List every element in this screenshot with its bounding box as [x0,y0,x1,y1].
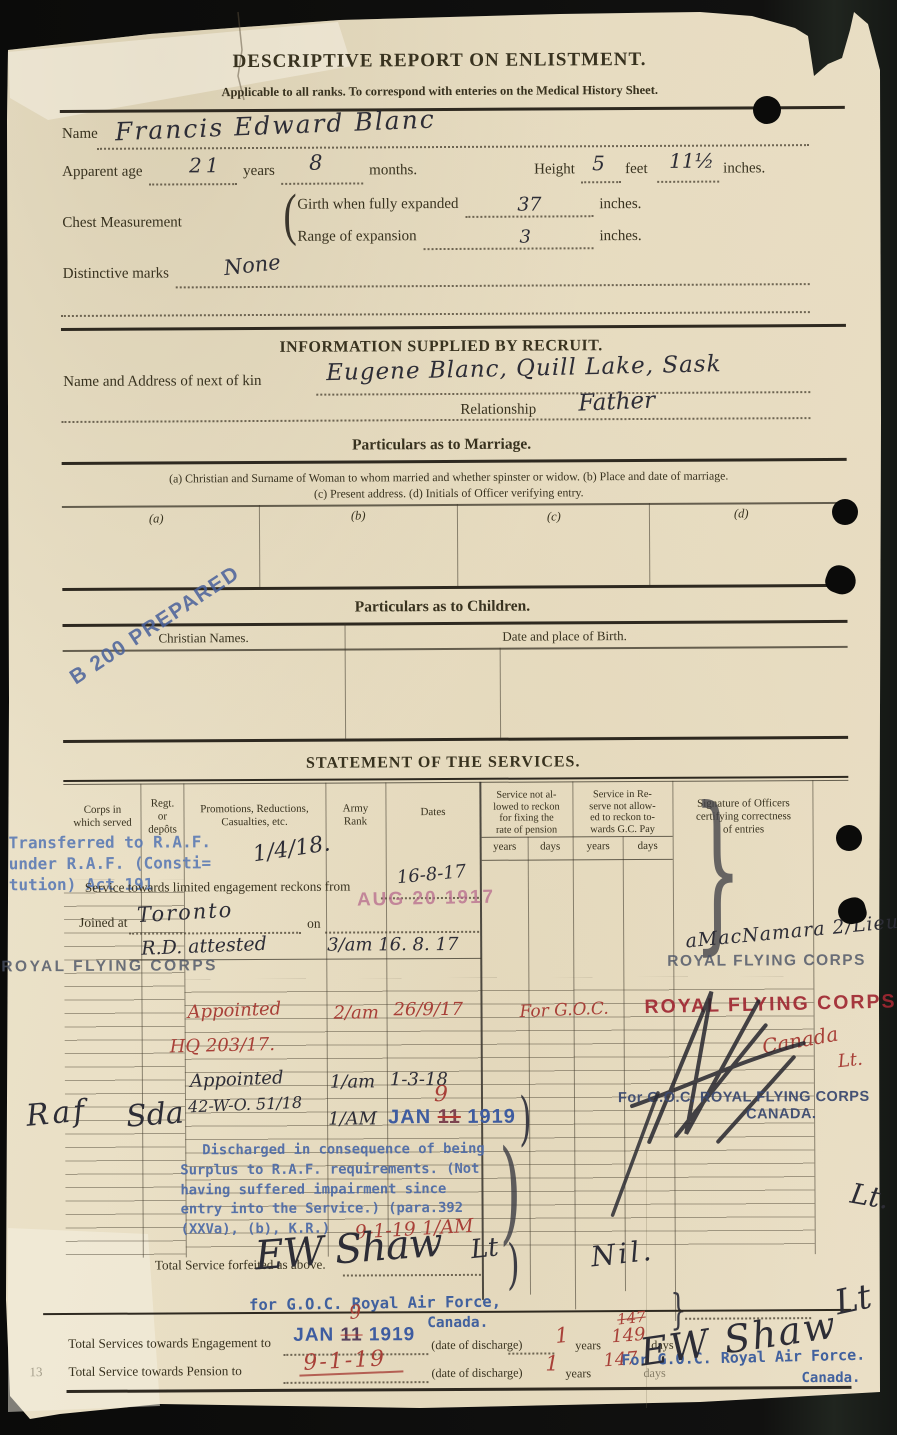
marriage-div-3 [649,503,650,585]
marriage-div-1 [259,505,260,587]
expansion-units: inches. [599,228,641,245]
col-reserve-l1: Service in Re- [573,789,671,801]
children-div-2 [500,648,501,738]
col-pension: Service not al- lowed to reckon for fixi… [481,789,571,836]
col-promotions-l2: Casualties, etc. [185,816,325,830]
marks-label: Distinctive marks [63,265,169,283]
jan-text: JAN [388,1106,431,1128]
rfc-stamp-right: ROYAL FLYING CORPS [667,952,866,971]
goc-raf-stamp2-l2: Canada. [801,1370,860,1386]
appointed2-entry: Appointed [190,1067,284,1092]
col-reserve-l4: wards G.C. Pay [574,824,672,836]
jan-day: 11 [438,1106,461,1128]
relationship-label: Relationship [460,402,536,419]
transferred-stamp-l1: Transferred to R.A.F. [9,831,211,853]
jan2-day: 11 [340,1324,362,1345]
appointed1-entry: Appointed [187,998,281,1023]
closing-paren-shaw: ) [507,1238,520,1292]
height-feet-value: 5 [592,151,605,175]
lt-red-entry: Lt. [837,1049,864,1073]
nok-line [316,390,810,396]
marriage-note2: (c) Present address. (d) Initials of Off… [79,484,819,503]
age-months-value: 8 [309,151,323,175]
lt-scrawl-right-edge: Lt. [848,1177,892,1216]
expansion-line [424,246,594,250]
inches-label: inches. [723,160,765,177]
appointed1-date: 26/9/17 [393,999,462,1020]
girth-value: 37 [517,194,541,216]
pencil-mark: 13 [29,1364,42,1380]
marriage-col-c: (c) [547,509,561,524]
pension-date-line [283,1380,428,1384]
appointed1-rank: 2/am [333,1002,378,1023]
marriage-div-2 [457,504,458,586]
nok-label: Name and Address of next of kin [63,373,261,391]
marks-line2 [61,310,810,317]
for-goc-entry: For G.O.C. [519,999,609,1023]
col-dates: Dates [386,806,479,818]
joined-at-label: Joined at [79,915,127,931]
punch-hole-2 [832,499,858,525]
margin-corps-entry: Raf [25,1093,89,1134]
engagement-label: Total Services towards Engagement to [68,1335,271,1352]
marks-line [176,282,810,288]
relationship-line [61,416,810,423]
transferred-stamp-l2: under R.A.F. (Consti= [9,852,211,874]
hq-ref-entry: HQ 203/17. [169,1034,275,1057]
eng-years-label: years [575,1338,601,1353]
reckons-label: Service towards limited engagement recko… [85,879,351,896]
col-regt-l2: or [141,810,183,823]
closing-paren-discharge: ) [499,1136,521,1248]
children-rule-bottom [63,736,848,743]
section-rule [61,324,846,331]
chest-brace: ( [283,180,297,248]
rfc-stamp-left: ROYAL FLYING CORPS [1,957,218,976]
shaw-rank-1: Lt [469,1232,500,1265]
col-corps-l2: which served [65,817,141,830]
nil-entry: Nil. [589,1234,656,1274]
on-label: on [307,916,321,932]
marriage-rule-top [62,458,847,465]
pension-discharge-note: (date of discharge) [431,1366,522,1381]
col-reserve-l3: ed to reckon to- [573,812,671,824]
col-regt-l1: Regt. [141,797,183,810]
discharge-l2: Surplus to R.A.F. requirements. (Not [180,1159,520,1181]
appointed2-rank: 1/am [330,1071,375,1092]
col-pension-l3: for fixing the [482,813,572,825]
relationship-value: Father [578,388,656,417]
marriage-heading: Particulars as to Marriage. [62,434,822,456]
pen-years-value: 1 [545,1351,559,1375]
forfeited-line [343,1273,481,1277]
pension-years-label: years [482,841,528,853]
col-rank-l1: Army [326,802,384,815]
years-label: years [243,163,275,180]
jan-year: 1919 [467,1106,516,1128]
pension-label: Total Service towards Pension to [68,1363,242,1380]
expansion-label: Range of expansion [297,228,416,246]
marks-value: None [222,250,281,280]
months-label: months. [369,162,417,179]
girth-units: inches. [599,196,641,213]
scanned-document-page: DESCRIPTIVE REPORT ON ENLISTMENT. Applic… [0,0,897,1435]
pen-years-label: years [565,1366,591,1381]
height-label: Height [534,161,575,178]
pension-days-label: days [528,840,573,852]
children-col2: Date and place of Birth. [345,627,785,645]
yd-rule-bottom [482,859,673,861]
header-rule [60,106,845,113]
red-nine-2: 9 [348,1301,362,1324]
height-inches-line [657,180,719,183]
form-title: DESCRIPTIVE REPORT ON ENLISTMENT. [60,48,820,74]
eng-years-value: 1 [554,1323,570,1348]
red-nine-overwrite: 9 [434,1082,448,1107]
feet-label: feet [625,161,648,178]
jan2-text: JAN [293,1325,334,1346]
joined-place-value: Toronto [136,898,234,928]
height-feet-line [581,180,621,183]
name-label: Name [62,126,98,143]
col-reserve: Service in Re- serve not allow- ed to re… [573,789,671,836]
aug-1917-date-stamp: AUG 20 1917 [357,887,496,912]
marriage-col-a: (a) [149,511,164,526]
col-promotions-l1: Promotions, Reductions, [184,803,324,817]
col-corps: Corps in which served [64,804,140,830]
expansion-value: 3 [519,227,531,248]
jan2-year: 1919 [369,1324,415,1345]
col-reserve-l2: serve not allow- [573,800,671,812]
pen-stroke-diagonal [600,1089,671,1219]
col-pension-l1: Service not al- [481,789,571,801]
age-years-line [149,182,237,185]
am-rank-entry: 1/AM [328,1108,377,1129]
discharge-l3: having suffered impairment since [180,1179,520,1201]
nok-value: Eugene Blanc, Quill Lake, Sask [326,351,722,386]
col-rank-l2: Rank [327,815,385,828]
goc-rfc-stamp-l2: CANADA. [746,1106,816,1122]
marriage-col-b: (b) [351,508,366,523]
col-pension-l2: lowed to reckon [481,801,571,813]
col-promotions: Promotions, Reductions, Casualties, etc. [184,803,324,830]
discharge-l1: Discharged in consequence of being [180,1140,520,1162]
reserve-years-label: years [574,840,623,852]
goc-raf-stamp1-l2: Canada. [427,1315,488,1331]
height-inches-value: 11½ [669,149,714,173]
jan-1919-date-stamp: JAN 11 1919 [388,1106,516,1130]
col-rank: Army Rank [326,802,384,828]
col-pension-l4: rate of pension [482,824,572,836]
age-years-value: 21 [189,153,223,177]
punch-hole-3 [836,825,862,851]
marriage-col-d: (d) [734,506,749,521]
chest-label: Chest Measurement [62,214,182,232]
attested-rank-date: 3/am 16. 8. 17 [327,934,458,956]
attested-entry: R.D. attested [141,933,267,960]
marriage-rule-bottom [62,584,847,591]
margin-regt-entry: Sda [125,1095,185,1134]
form-subtitle: Applicable to all ranks. To correspond w… [60,82,820,101]
punch-hole-1 [753,96,781,124]
jan-1919-date-stamp-2: JAN 11 1919 [293,1324,415,1347]
apparent-age-label: Apparent age [62,164,142,181]
marriage-rule-mid [62,502,847,508]
girth-label: Girth when fully expanded [297,196,458,214]
yd-rule-top [482,836,673,838]
transfer-date-value: 1/4/18. [251,831,332,867]
totals-rule-bottom [67,1386,852,1393]
col-corps-l1: Corps in [64,804,140,817]
lt-scrawl-bottom: Lt [831,1276,875,1323]
children-rule-mid [63,646,848,652]
reckons-date-value: 16-8-17 [396,861,467,888]
reserve-days-label: days [623,840,673,852]
